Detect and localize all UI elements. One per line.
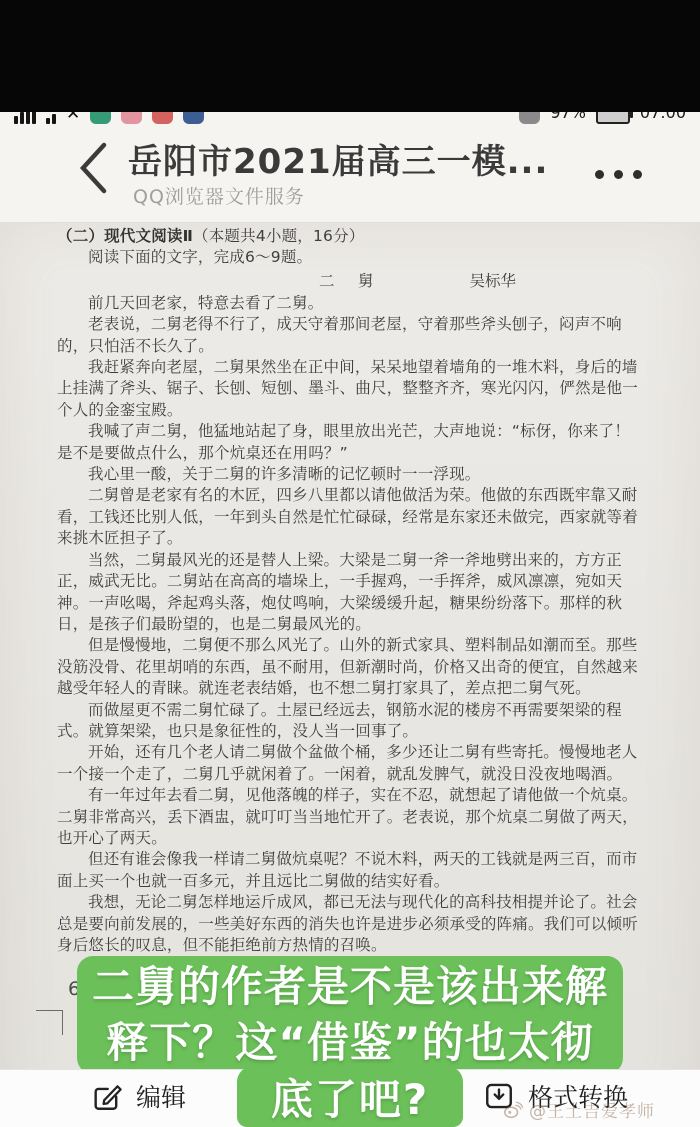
- page-title: 岳阳市2021届高三一模...: [128, 134, 598, 183]
- annotation-sticker-tail: 底了吧?: [237, 1066, 463, 1127]
- essay-byline: 二 舅 吴标华: [57, 270, 645, 292]
- paragraph: 但还有谁会像我一样请二舅做炕桌呢？不说木料，两天的工钱就是两三百，而市面上买一个…: [57, 849, 645, 892]
- paragraph: 老表说，二舅老得不行了，成天守着那间老屋，守着那些斧头刨子，闷声不响的，只怕活不…: [57, 314, 645, 357]
- sticker-line-1: 二舅的作者是不是该出来解: [92, 960, 608, 1014]
- back-chevron-icon: [83, 145, 104, 191]
- essay-title: 二 舅: [319, 270, 378, 292]
- top-black-band: [0, 0, 700, 112]
- essay-author: 吴标华: [470, 270, 517, 292]
- crop-mark-left: [36, 1010, 63, 1035]
- paragraph: 但是慢慢地，二舅便不那么风光了。山外的新式家具、塑料制品如潮而至。那些没筋没骨、…: [57, 635, 645, 699]
- edit-button[interactable]: 编辑: [90, 1078, 186, 1114]
- dot-icon: [633, 170, 642, 179]
- dot-icon: [595, 170, 604, 179]
- annotation-sticker: 二舅的作者是不是该出来解 释下？这“借鉴”的也太彻: [77, 956, 623, 1074]
- screenshot-root: ✕ 97% 07:00 岳阳市2021届高三一模... QQ浏览器文件服务 （二…: [0, 0, 700, 1127]
- back-button[interactable]: [74, 140, 114, 196]
- weibo-logo-icon: [502, 1099, 524, 1121]
- paragraph: 我赶紧奔向老屋，二舅果然坐在正中间，呆呆地望着墙角的一堆木料，身后的墙上挂满了斧…: [57, 357, 645, 421]
- page-subtitle: QQ浏览器文件服务: [133, 182, 305, 209]
- more-menu-button[interactable]: [589, 164, 648, 185]
- paragraph: 我心里一酸，关于二舅的许多清晰的记忆顿时一一浮现。: [57, 464, 645, 485]
- paragraph: 前几天回老家，特意去看了二舅。: [57, 293, 645, 314]
- instruction-line: 阅读下面的文字，完成6～9题。: [57, 247, 645, 268]
- signal2-icon: [46, 114, 56, 124]
- paragraph: 有一年过年去看二舅，见他落魄的样子，实在不忍，就想起了请他做一个炕桌。二舅非常高…: [57, 785, 645, 849]
- section-info: （本题共4小题，16分）: [193, 227, 365, 245]
- sticker-line-3: 底了吧?: [271, 1067, 429, 1127]
- paragraph: 我想，无论二舅怎样地运斤成风，都已无法与现代化的高科技相提并论了。社会总是要向前…: [57, 892, 645, 956]
- app-header: 岳阳市2021届高三一模... QQ浏览器文件服务: [0, 112, 700, 223]
- sticker-line-2: 释下？这“借鉴”的也太彻: [106, 1016, 593, 1070]
- paragraph: 二舅曾是老家有名的木匠，四乡八里都以请他做活为荣。他做的东西既牢靠又耐看，工钱还…: [57, 485, 645, 549]
- paragraph: 我喊了声二舅，他猛地站起了身，眼里放出光芒，大声地说：“标伢，你来了！是不是要做…: [57, 421, 645, 464]
- edit-label: 编辑: [136, 1078, 186, 1114]
- paragraph: 当然，二舅最风光的还是替人上梁。大梁是二舅一斧一斧地劈出来的，方方正正，威武无比…: [57, 550, 645, 636]
- watermark: @王土吉爱孝师: [502, 1097, 655, 1122]
- section-heading: （二）现代文阅读Ⅱ（本题共4小题，16分）: [57, 226, 645, 247]
- dot-icon: [614, 170, 623, 179]
- watermark-handle: @王土吉爱孝师: [529, 1097, 655, 1122]
- section-label: （二）现代文阅读Ⅱ: [57, 227, 193, 245]
- edit-pencil-icon: [90, 1079, 124, 1113]
- paragraph: 开始，还有几个老人请二舅做个盆做个桶，多少还让二舅有些寄托。慢慢地老人一个接一个…: [57, 742, 645, 785]
- paragraph: 而做屋更不需二舅忙碌了。土屋已经远去，钢筋水泥的楼房不再需要架梁的程式。就算架梁…: [57, 700, 645, 743]
